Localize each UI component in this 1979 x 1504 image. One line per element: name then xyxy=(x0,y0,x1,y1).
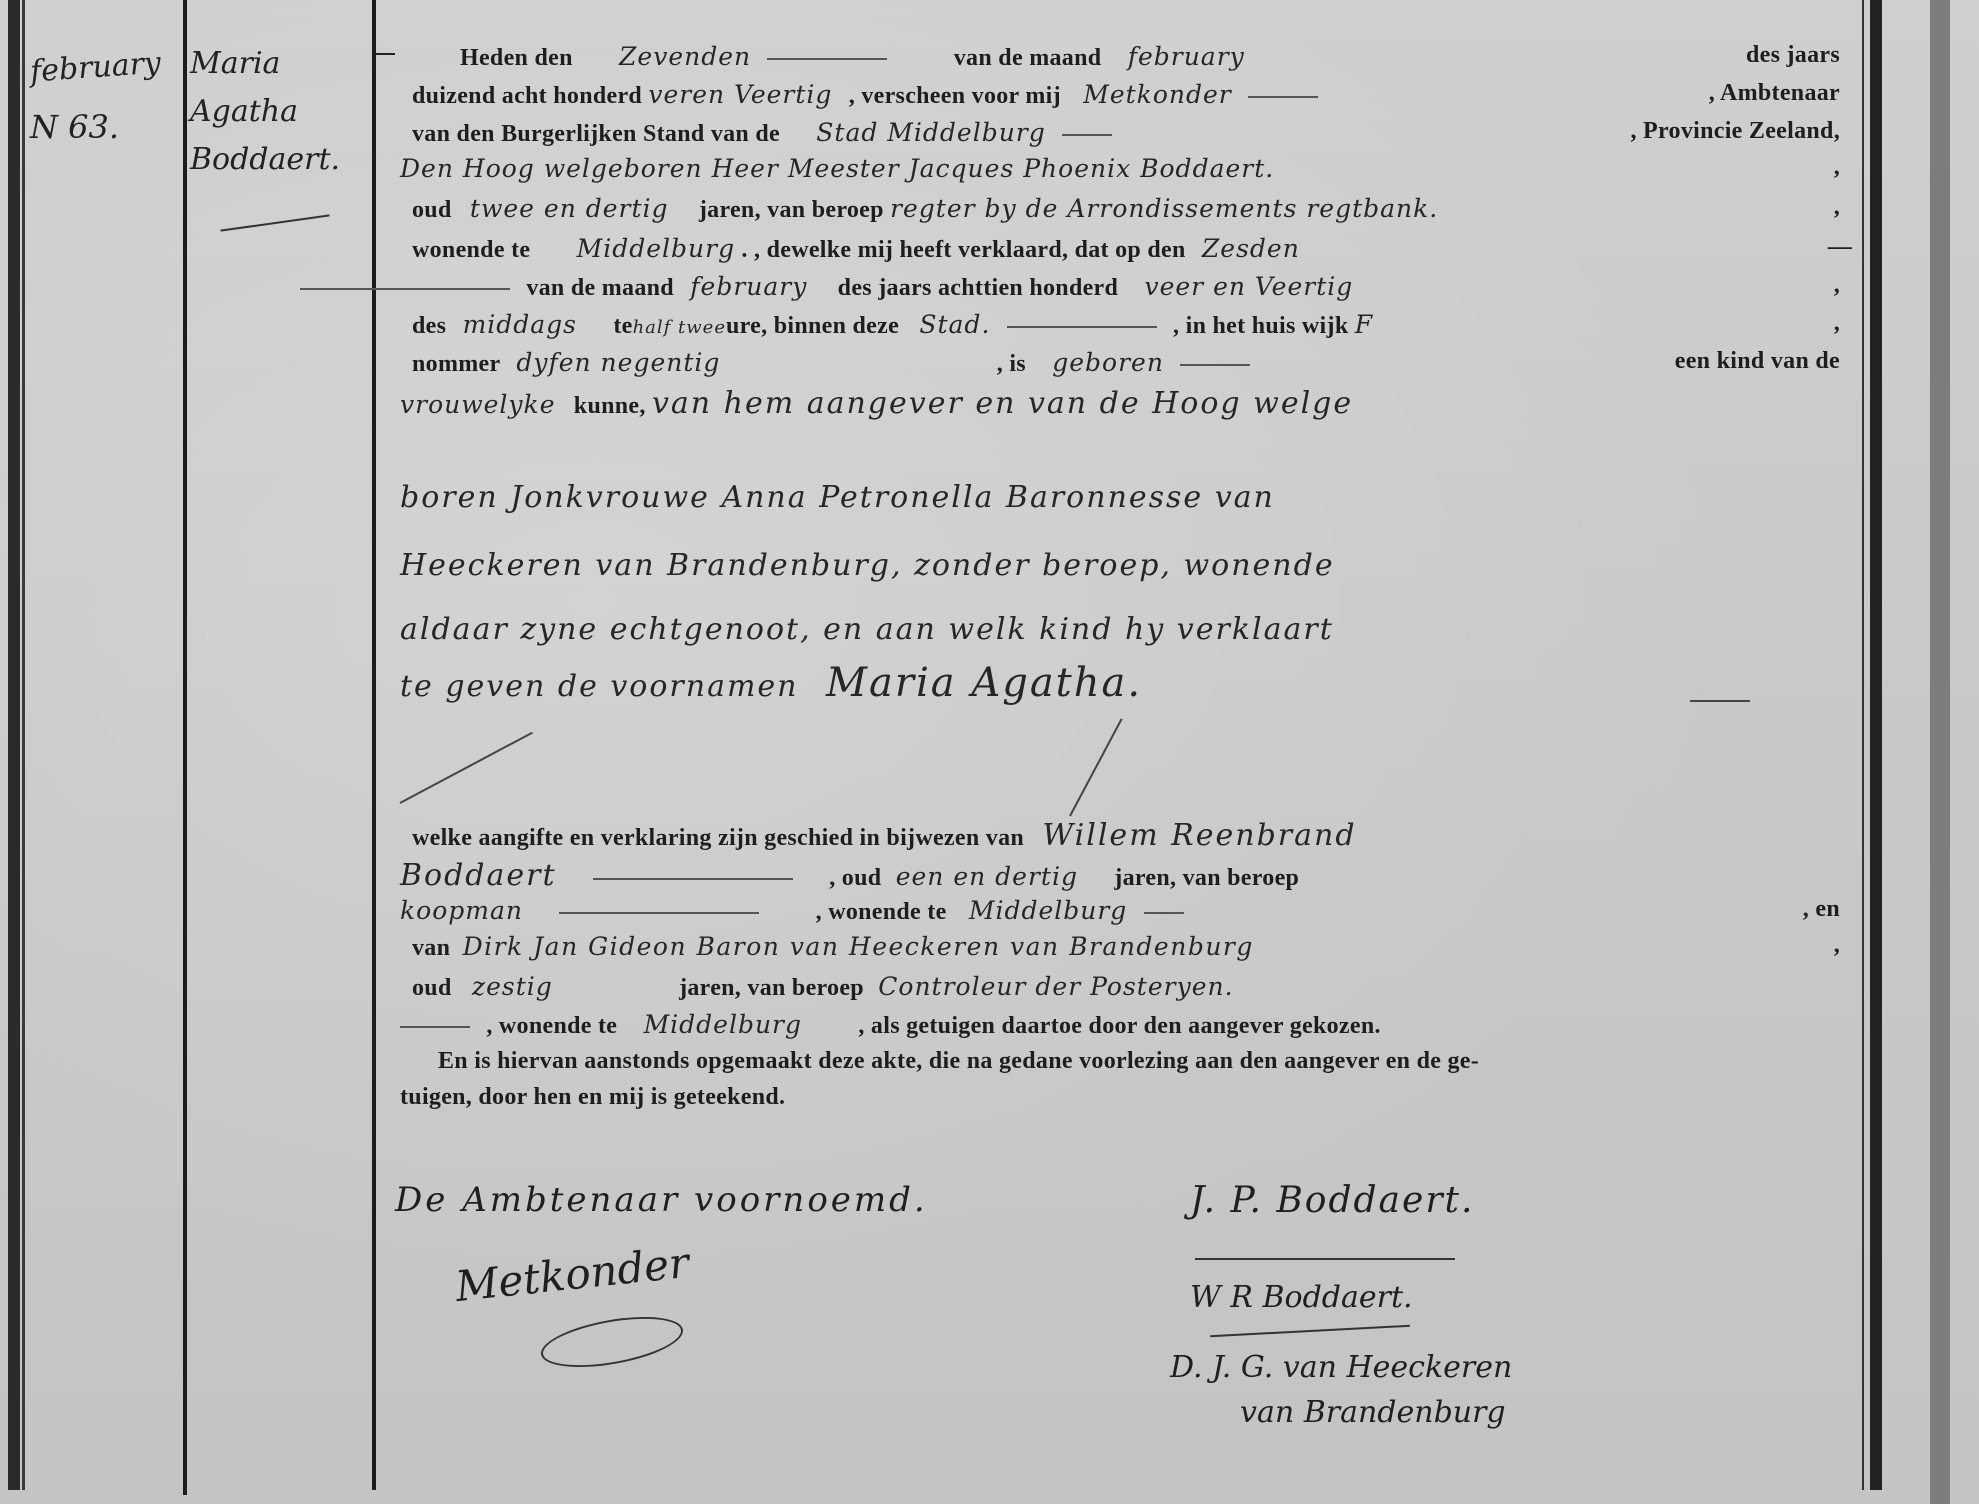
line-20: , wonende te Middelburg , als getuigen d… xyxy=(400,1010,1840,1040)
signature-witness-2-line-2: van Brandenburg xyxy=(1240,1395,1506,1430)
hw-profession: regter by de Arrondissements regtbank. xyxy=(890,194,1438,223)
blank-line xyxy=(1180,364,1250,366)
signature-witness-1: W R Boddaert. xyxy=(1190,1280,1413,1315)
blank-line xyxy=(1062,134,1112,136)
hw-age: twee en dertig xyxy=(470,194,669,223)
blank-line xyxy=(593,878,793,880)
line-18: van Dirk Jan Gideon Baron van Heeckeren … xyxy=(412,932,1840,962)
hw-residence: Middelburg xyxy=(644,1010,802,1039)
line-17: koopman , wonende te Middelburg , en xyxy=(400,896,1840,926)
margin-month: february xyxy=(29,45,162,89)
signature-witness-2-line-1: D. J. G. van Heeckeren xyxy=(1170,1350,1512,1385)
hw-official: Metkonder xyxy=(1083,80,1232,109)
margin-name-line: Boddaert. xyxy=(190,136,340,184)
hw-line-11: boren Jonkvrouwe Anna Petronella Baronne… xyxy=(400,480,1275,515)
hw-line-13: aldaar zyne echtgenoot, en aan welk kind… xyxy=(400,612,1334,647)
hw-witness1-surname: Boddaert xyxy=(400,858,557,893)
line-10: vrouwelyke kunne, van hem aangever en va… xyxy=(400,386,1840,421)
margin-underline xyxy=(220,214,329,231)
line-22: tuigen, door hen en mij is geteekend. xyxy=(400,1084,785,1111)
line-8: des middags tehalf tweeure, binnen deze … xyxy=(412,310,1840,340)
hw-witness2-name: Dirk Jan Gideon Baron van Heeckeren van … xyxy=(463,932,1254,961)
page-edge-shadow xyxy=(1930,0,1950,1504)
line-9: nommer dyfen negentig , is geboren een k… xyxy=(412,348,1840,378)
line-4: Den Hoog welgeboren Heer Meester Jacques… xyxy=(400,154,1840,184)
line-7: van de maand february des jaars achttien… xyxy=(400,272,1840,302)
scanned-register-page: february N 63. Maria Agatha Boddaert. He… xyxy=(0,0,1979,1504)
line-19: oud zestig jaren, van beroep Controleur … xyxy=(412,972,1840,1002)
hw-month: february xyxy=(1128,42,1245,71)
official-closing-note: De Ambtenaar voornoemd. xyxy=(395,1180,928,1220)
blank-line xyxy=(300,288,510,290)
signature-underline xyxy=(1195,1258,1455,1260)
signature-flourish xyxy=(537,1308,686,1376)
line-16: Boddaert , oud een en dertig jaren, van … xyxy=(400,858,1840,893)
signature-official: Metkonder xyxy=(453,1238,691,1311)
hw-wijk: F xyxy=(1355,310,1373,339)
hw-profession: Controleur der Posteryen. xyxy=(878,972,1233,1001)
blank-line xyxy=(1007,326,1157,328)
hw-status: geboren xyxy=(1052,348,1164,377)
line-5: oud twee en dertig jaren, van beroep reg… xyxy=(412,194,1840,224)
blank-line xyxy=(559,912,759,914)
hw-year: veer en Veertig xyxy=(1144,272,1353,301)
margin-entry-number: N 63. xyxy=(30,108,119,146)
blank-line xyxy=(1248,96,1318,98)
hw-residence: Middelburg xyxy=(969,896,1127,925)
blank-line xyxy=(400,1026,470,1028)
hw-gender: vrouwelyke xyxy=(400,390,555,419)
hw-declarant: Den Hoog welgeboren Heer Meester Jacques… xyxy=(400,154,1274,183)
closing-dash xyxy=(1690,700,1750,702)
column-tick xyxy=(375,53,395,55)
line-15: welke aangifte en verklaring zijn geschi… xyxy=(412,818,1840,853)
margin-name-line: Agatha xyxy=(190,88,340,136)
hw-day: Zevenden xyxy=(619,42,751,71)
hw-age: een en dertig xyxy=(896,862,1078,891)
signature-underline xyxy=(1210,1325,1410,1337)
hw-time-of-day: middags xyxy=(463,310,577,339)
hw-place: Stad. xyxy=(919,310,990,339)
left-border-thin xyxy=(22,0,25,1490)
line-6: wonende te Middelburg . , dewelke mij he… xyxy=(412,234,1852,264)
hw-year: veren Veertig xyxy=(648,80,832,109)
line-21: En is hiervan aanstonds opgemaakt deze a… xyxy=(438,1048,1479,1075)
signature-declarant: J. P. Boddaert. xyxy=(1190,1180,1474,1221)
line-3: van den Burgerlijken Stand van de Stad M… xyxy=(412,118,1840,148)
cancel-stroke xyxy=(400,732,533,804)
hw-hour: half twee xyxy=(633,317,726,338)
right-border-thin xyxy=(1862,0,1864,1490)
hw-age: zestig xyxy=(472,972,553,1001)
column-divider-2 xyxy=(372,0,376,1490)
cancel-stroke xyxy=(1069,718,1122,816)
blank-line xyxy=(767,58,887,60)
hw-line-12: Heeckeren van Brandenburg, zonder beroep… xyxy=(400,548,1335,583)
hw-witness1-name: Willem Reenbrand xyxy=(1042,818,1356,853)
hw-place: Stad Middelburg xyxy=(816,118,1045,147)
hw-day: Zesden xyxy=(1202,234,1300,263)
column-divider-1 xyxy=(183,0,187,1495)
hw-month: february xyxy=(690,272,807,301)
left-border-thick xyxy=(8,0,20,1490)
hw-given-names: Maria Agatha. xyxy=(826,660,1142,706)
margin-name-line: Maria xyxy=(190,40,340,88)
margin-child-name: Maria Agatha Boddaert. xyxy=(190,40,340,184)
hw-residence: Middelburg xyxy=(577,234,735,263)
hw-house-number: dyfen negentig xyxy=(516,348,720,377)
hw-parent-text: van hem aangever en van de Hoog welge xyxy=(652,386,1353,421)
line-1: Heden den Zevenden van de maand february… xyxy=(460,42,1840,72)
blank-line xyxy=(1144,912,1184,914)
hw-line-14: te geven de voornamen Maria Agatha. xyxy=(400,660,1142,706)
line-2: duizend acht honderd veren Veertig , ver… xyxy=(412,80,1840,110)
right-border-thick xyxy=(1870,0,1882,1490)
hw-profession: koopman xyxy=(400,896,523,925)
